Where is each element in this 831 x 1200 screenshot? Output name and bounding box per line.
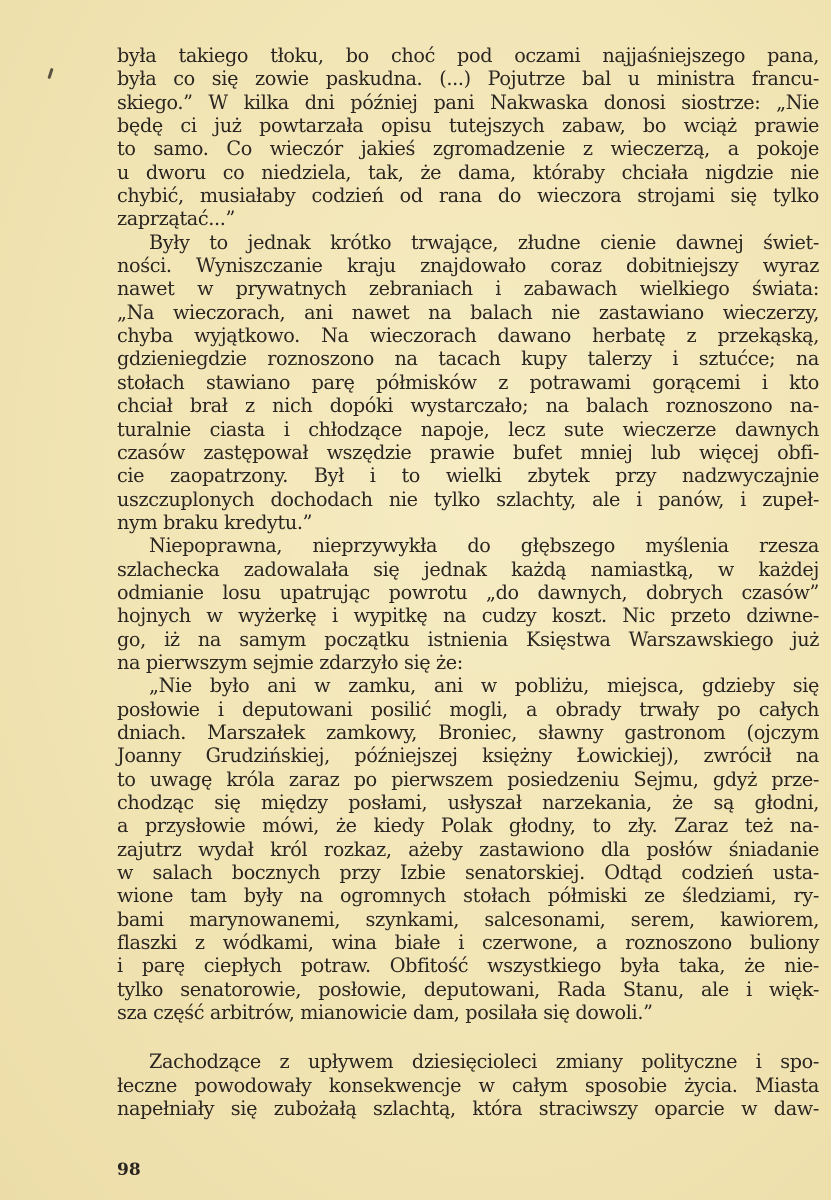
text-line: i parę ciepłych potraw. Obfitość wszystk… — [117, 954, 819, 977]
quotation-paragraph: „Nie było ani w zamku, ani w pobliżu, mi… — [117, 674, 819, 1024]
text-line: Joanny Grudzińskiej, późniejszej księżny… — [117, 744, 819, 767]
text-line: wione tam były na ogromnych stołach półm… — [117, 884, 819, 907]
text-line: sza część arbitrów, mianowicie dam, posi… — [117, 1001, 819, 1024]
text-line: tylko senatorowie, posłowie, deputowani,… — [117, 978, 819, 1001]
text-line: posłowie i deputowani posilić mogli, a o… — [117, 698, 819, 721]
text-line: czasów zastępował wszędzie prawie bufet … — [117, 441, 819, 464]
text-line: Niepoprawna, nieprzywykła do głębszego m… — [117, 534, 819, 557]
text-line: zaprzątać...” — [117, 207, 819, 230]
text-line: będę ci już powtarzała opisu tutejszych … — [117, 114, 819, 137]
text-line: była takiego tłoku, bo choć pod oczami n… — [117, 44, 819, 67]
text-line: u dworu co niedziela, tak, że dama, któr… — [117, 161, 819, 184]
text-line: a przysłowie mówi, że kiedy Polak głodny… — [117, 814, 819, 837]
text-line: turalnie ciasta i chłodzące napoje, lecz… — [117, 418, 819, 441]
text-line: odmianie losu upatrując powrotu „do dawn… — [117, 581, 819, 604]
paragraph-5: Zachodzące z upływem dziesięcioleci zmia… — [117, 1050, 819, 1120]
text-line: chyba wyjątkowo. Na wieczorach dawano he… — [117, 324, 819, 347]
text-line: „Na wieczorach, ani nawet na balach nie … — [117, 301, 819, 324]
paragraph-2: Były to jednak krótko trwające, złudne c… — [117, 231, 819, 534]
book-page-text: była takiego tłoku, bo choć pod oczami n… — [117, 44, 819, 1120]
section-spacer — [117, 1024, 819, 1050]
text-line: na pierwszym sejmie zdarzyło się że: — [117, 651, 819, 674]
text-line: była co się zowie paskudna. (...) Pojutr… — [117, 67, 819, 90]
text-line: nym braku kredytu.” — [117, 511, 819, 534]
text-line: dniach. Marszałek zamkowy, Broniec, sław… — [117, 721, 819, 744]
text-line: gdzieniegdzie roznoszono na tacach kupy … — [117, 347, 819, 370]
text-line: hojnych w wyżerkę i wypitkę na cudzy kos… — [117, 604, 819, 627]
text-line: w salach bocznych przy Izbie senatorskie… — [117, 861, 819, 884]
text-line: to uwagę króla zaraz po pierwszem posied… — [117, 768, 819, 791]
text-line: chybić, musiałaby codzień od rana do wie… — [117, 184, 819, 207]
text-line: go, iż na samym początku istnienia Księs… — [117, 628, 819, 651]
text-line: stołach stawiano parę półmisków z potraw… — [117, 371, 819, 394]
text-line: zajutrz wydał król rozkaz, ażeby zastawi… — [117, 838, 819, 861]
margin-pencil-mark — [47, 68, 53, 79]
text-line: skiego.” W kilka dni później pani Nakwas… — [117, 91, 819, 114]
text-line: cie zaopatrzony. Był i to wielki zbytek … — [117, 464, 819, 487]
text-line: Były to jednak krótko trwające, złudne c… — [117, 231, 819, 254]
text-line: to samo. Co wieczór jakieś zgromadzenie … — [117, 137, 819, 160]
text-line: łeczne powodowały konsekwencje w całym s… — [117, 1074, 819, 1097]
text-line: bami marynowanemi, szynkami, salcesonami… — [117, 908, 819, 931]
text-line: chodząc się między posłami, usłyszał nar… — [117, 791, 819, 814]
page-number: 98 — [117, 1160, 141, 1180]
text-line: flaszki z wódkami, wina białe i czerwone… — [117, 931, 819, 954]
text-line: nawet w prywatnych zebraniach i zabawach… — [117, 277, 819, 300]
text-line: ności. Wyniszczanie kraju znajdowało cor… — [117, 254, 819, 277]
text-line: Zachodzące z upływem dziesięcioleci zmia… — [117, 1050, 819, 1073]
text-line: uszczuplonych dochodach nie tylko szlach… — [117, 488, 819, 511]
paragraph-3: Niepoprawna, nieprzywykła do głębszego m… — [117, 534, 819, 674]
text-line: napełniały się zubożałą szlachtą, która … — [117, 1097, 819, 1120]
text-line: chciał brał z nich dopóki wystarczało; n… — [117, 394, 819, 417]
paragraph-1: była takiego tłoku, bo choć pod oczami n… — [117, 44, 819, 231]
text-line: „Nie było ani w zamku, ani w pobliżu, mi… — [117, 674, 819, 697]
text-line: szlachecka zadowalała się jednak każdą n… — [117, 558, 819, 581]
